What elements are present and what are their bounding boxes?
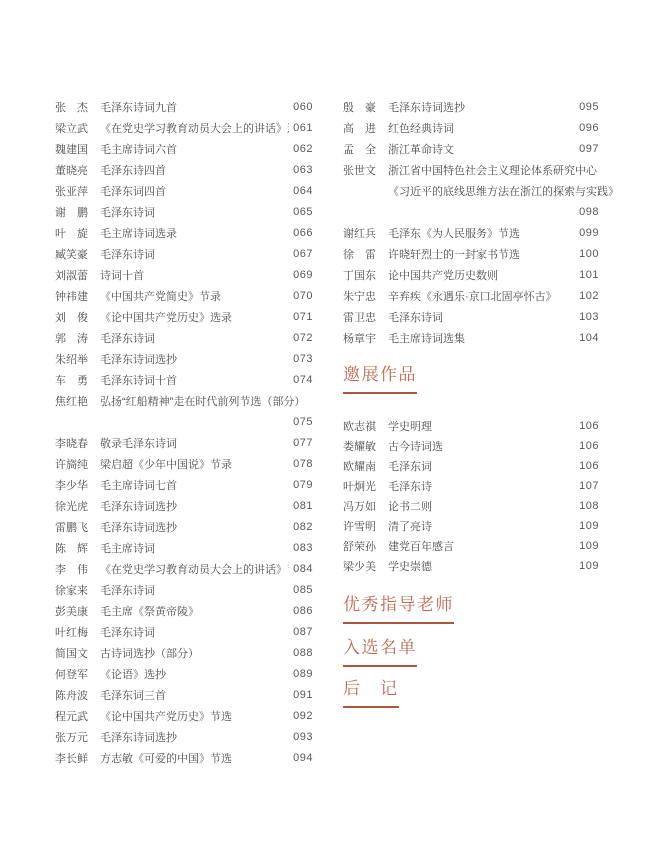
page-number: 102: [579, 290, 599, 302]
toc-row: 陈舟波毛泽东词三首091: [55, 684, 313, 705]
page-number: 065: [293, 206, 313, 218]
toc-left-column: 张 杰毛泽东诗词九首060梁立武《在党史学习教育动员大会上的讲话》选抄061魏建…: [55, 96, 313, 768]
toc-row: 丁国东论中国共产党历史数则101: [343, 264, 599, 285]
page-number: 103: [579, 311, 599, 323]
work-title: 毛泽东诗四首: [100, 162, 289, 178]
page-number: 101: [579, 269, 599, 281]
page-number: 069: [293, 269, 313, 281]
work-title: 《在党史学习教育动员大会上的讲话》节录: [100, 561, 289, 577]
work-title: 毛泽东诗词选抄: [100, 729, 289, 745]
work-title: 毛泽东《为人民服务》节选: [388, 225, 575, 241]
toc-row: 叶 旋毛主席诗词选录066: [55, 222, 313, 243]
author-name: 陈 辉: [55, 540, 88, 556]
work-title: 毛泽东诗词选抄: [100, 498, 289, 514]
page-number: 096: [579, 122, 599, 134]
page-number: 085: [293, 584, 313, 596]
page-number: 064: [293, 185, 313, 197]
page-number: 083: [293, 542, 313, 554]
page-number: 094: [293, 752, 313, 764]
toc-row: 张世文浙江省中国特色社会主义理论体系研究中心: [343, 159, 599, 180]
postscript-section-title: 后 记: [343, 678, 399, 708]
page-number: 074: [293, 374, 313, 386]
toc-row: 杨章宇毛主席诗词选集104: [343, 327, 599, 348]
page-number: 088: [293, 647, 313, 659]
page-number: 067: [293, 248, 313, 260]
toc-row: 程元武《论中国共产党历史》节选092: [55, 705, 313, 726]
author-name: 梁立武: [55, 120, 88, 136]
page-number: 084: [293, 563, 313, 575]
work-title: 毛泽东词: [388, 458, 575, 474]
selected-list-section-title: 入选名单: [343, 637, 417, 667]
toc-row: 许雪明清了亮诗109: [343, 516, 599, 536]
toc-row: 孟 全浙江革命诗文097: [343, 138, 599, 159]
page-number: 077: [293, 437, 313, 449]
toc-row: 陈 辉毛主席诗词083: [55, 537, 313, 558]
author-name: 张 杰: [55, 99, 88, 115]
work-title: 论中国共产党历史数则: [388, 267, 575, 283]
page-number: 071: [293, 311, 313, 323]
work-title: 红色经典诗词: [388, 120, 575, 136]
toc-row: 朱宁忠辛弃疾《永遇乐·京口北固亭怀古》102: [343, 285, 599, 306]
author-name: 何登军: [55, 666, 88, 682]
author-name: 欧耀南: [343, 458, 376, 474]
page-number: 078: [293, 458, 313, 470]
toc-row: 欧志祺学史明理106: [343, 416, 599, 436]
work-title: 弘扬“红船精神”走在时代前列节选（部分）: [100, 393, 313, 409]
author-name: 许雪明: [343, 518, 376, 534]
work-title: 敬录毛泽东诗词: [100, 435, 289, 451]
toc-row: 徐光虎毛泽东诗词选抄081: [55, 495, 313, 516]
author-name: 董晓亮: [55, 162, 88, 178]
work-title: 毛泽东诗词选抄: [100, 351, 289, 367]
work-title: 浙江革命诗文: [388, 141, 575, 157]
toc-row: 张亚萍毛泽东词四首064: [55, 180, 313, 201]
page-number: 106: [579, 420, 599, 432]
page-number: 108: [579, 500, 599, 512]
toc-row: 徐家来毛泽东诗词085: [55, 579, 313, 600]
author-name: 李长鲜: [55, 750, 88, 766]
work-title: 毛泽东诗词九首: [100, 99, 289, 115]
author-name: 程元武: [55, 708, 88, 724]
invited-works-section: 邀展作品: [343, 364, 599, 394]
toc-row: 殷 豪毛泽东诗词选抄095: [343, 96, 599, 117]
page-number: 079: [293, 479, 313, 491]
work-title: 毛泽东诗词: [100, 582, 289, 598]
page-number: 109: [579, 560, 599, 572]
toc-row: 魏建国毛主席诗词六首062: [55, 138, 313, 159]
page-number: 075: [293, 416, 313, 428]
author-name: 刘淑蕾: [55, 267, 88, 283]
toc-row: 张万元毛泽东诗词选抄093: [55, 726, 313, 747]
work-title: 毛泽东诗词: [100, 204, 289, 220]
toc-row: 彭美康毛主席《祭黄帝陵》086: [55, 600, 313, 621]
author-name: 雷鹏飞: [55, 519, 88, 535]
toc-row: 焦红艳弘扬“红船精神”走在时代前列节选（部分）: [55, 390, 313, 411]
author-name: 简国文: [55, 645, 88, 661]
author-name: 焦红艳: [55, 393, 88, 409]
work-title-continued: 《习近平的底线思维方法在浙江的探索与实践》: [388, 183, 619, 199]
toc-row: 许旖纯梁启超《少年中国说》节录078: [55, 453, 313, 474]
author-name: 谢 鹏: [55, 204, 88, 220]
toc-row: 车 勇毛泽东诗词十首074: [55, 369, 313, 390]
work-title: 学史明理: [388, 418, 575, 434]
author-name: 刘 俊: [55, 309, 88, 325]
author-name: 彭美康: [55, 603, 88, 619]
work-title: 毛泽东诗词选抄: [100, 519, 289, 535]
page-number: 081: [293, 500, 313, 512]
work-title: 古今诗词选: [388, 438, 575, 454]
page-number: 100: [579, 248, 599, 260]
author-name: 殷 豪: [343, 99, 376, 115]
work-title: 毛主席《祭黄帝陵》: [100, 603, 289, 619]
toc-invited-list: 欧志祺学史明理106娄耀敏古今诗词选106欧耀南毛泽东词106叶炯光毛泽东诗10…: [343, 416, 599, 576]
work-title: 方志敏《可爱的中国》节选: [100, 750, 289, 766]
toc-row: 《习近平的底线思维方法在浙江的探索与实践》: [343, 180, 599, 201]
page-number: 087: [293, 626, 313, 638]
page-number: 061: [293, 122, 313, 134]
toc-row: 李少华毛主席诗词七首079: [55, 474, 313, 495]
work-title: 梁启超《少年中国说》节录: [100, 456, 289, 472]
author-name: 雷卫忠: [343, 309, 376, 325]
selected-list-section: 入选名单: [343, 637, 599, 667]
toc-row: 董晓亮毛泽东诗四首063: [55, 159, 313, 180]
work-title: 毛泽东诗词: [100, 330, 289, 346]
work-title: 学史崇德: [388, 558, 575, 574]
toc-row: 徐 雷许晓轩烈士的一封家书节选100: [343, 243, 599, 264]
author-name: 叶炯光: [343, 478, 376, 494]
postscript-section: 后 记: [343, 678, 599, 708]
page-number: 106: [579, 460, 599, 472]
author-name: 叶红梅: [55, 624, 88, 640]
author-name: 徐光虎: [55, 498, 88, 514]
toc-row: 娄耀敏古今诗词选106: [343, 436, 599, 456]
work-title: 毛主席诗词七首: [100, 477, 289, 493]
work-title: 毛泽东诗词: [100, 246, 289, 262]
toc-row: 张 杰毛泽东诗词九首060: [55, 96, 313, 117]
toc-right-main-list: 殷 豪毛泽东诗词选抄095高 进红色经典诗词096孟 全浙江革命诗文097张世文…: [343, 96, 599, 348]
outstanding-teachers-section-title: 优秀指导老师: [343, 594, 454, 624]
author-name: 李 伟: [55, 561, 88, 577]
author-name: 徐家来: [55, 582, 88, 598]
page-number: 093: [293, 731, 313, 743]
page-number: 091: [293, 689, 313, 701]
page-number: 086: [293, 605, 313, 617]
toc-row: 雷鹏飞毛泽东诗词选抄082: [55, 516, 313, 537]
author-name: 臧笑豪: [55, 246, 88, 262]
work-title: 《论中国共产党历史》选录: [100, 309, 289, 325]
work-title: 毛泽东诗词: [100, 624, 289, 640]
page-number: 097: [579, 143, 599, 155]
author-name: 许旖纯: [55, 456, 88, 472]
toc-row: 刘 俊《论中国共产党历史》选录071: [55, 306, 313, 327]
author-name: 张世文: [343, 162, 376, 178]
author-name: 丁国东: [343, 267, 376, 283]
toc-right-column: 殷 豪毛泽东诗词选抄095高 进红色经典诗词096孟 全浙江革命诗文097张世文…: [343, 96, 599, 708]
work-title: 毛泽东词四首: [100, 183, 289, 199]
author-name: 谢红兵: [343, 225, 376, 241]
toc-row: 郭 涛毛泽东诗词072: [55, 327, 313, 348]
page-number: 107: [579, 480, 599, 492]
page-number: 109: [579, 540, 599, 552]
toc-row: 雷卫忠毛泽东诗词103: [343, 306, 599, 327]
work-title: 毛主席诗词选录: [100, 225, 289, 241]
toc-row: 臧笑豪毛泽东诗词067: [55, 243, 313, 264]
toc-row: 何登军《论语》选抄089: [55, 663, 313, 684]
work-title: 毛泽东诗: [388, 478, 575, 494]
toc-row: 李晓春敬录毛泽东诗词077: [55, 432, 313, 453]
toc-row: 谢红兵毛泽东《为人民服务》节选099: [343, 222, 599, 243]
work-title: 诗词十首: [100, 267, 289, 283]
work-title: 清了亮诗: [388, 518, 575, 534]
page-number: 082: [293, 521, 313, 533]
page-number: 063: [293, 164, 313, 176]
toc-row: 简国文古诗词选抄（部分）088: [55, 642, 313, 663]
work-title: 《在党史学习教育动员大会上的讲话》选抄: [100, 120, 289, 136]
toc-row: 钟祎建《中国共产党简史》节录070: [55, 285, 313, 306]
author-name: 梁少美: [343, 558, 376, 574]
author-name: 陈舟波: [55, 687, 88, 703]
author-name: 朱绍举: [55, 351, 88, 367]
work-title: 《论中国共产党历史》节选: [100, 708, 289, 724]
toc-row: 冯万如论书二则108: [343, 496, 599, 516]
page-number: 099: [579, 227, 599, 239]
toc-row: 李长鲜方志敏《可爱的中国》节选094: [55, 747, 313, 768]
work-title: 浙江省中国特色社会主义理论体系研究中心: [388, 162, 599, 178]
author-name: 杨章宇: [343, 330, 376, 346]
author-name: 李晓春: [55, 435, 88, 451]
page-number: 104: [579, 332, 599, 344]
author-name: 李少华: [55, 477, 88, 493]
page-number: 106: [579, 440, 599, 452]
page-number: 066: [293, 227, 313, 239]
page-number: 060: [293, 101, 313, 113]
work-title: 辛弃疾《永遇乐·京口北固亭怀古》: [388, 288, 575, 304]
page-number: 095: [579, 101, 599, 113]
page-number: 070: [293, 290, 313, 302]
author-name: 徐 雷: [343, 246, 376, 262]
author-name: 郭 涛: [55, 330, 88, 346]
toc-row: 叶红梅毛泽东诗词087: [55, 621, 313, 642]
toc-row: 梁立武《在党史学习教育动员大会上的讲话》选抄061: [55, 117, 313, 138]
work-title: 毛主席诗词选集: [388, 330, 575, 346]
author-name: 钟祎建: [55, 288, 88, 304]
work-title: 毛泽东诗词选抄: [388, 99, 575, 115]
author-name: 朱宁忠: [343, 288, 376, 304]
toc-row: 梁少美学史崇德109: [343, 556, 599, 576]
invited-works-section-title: 邀展作品: [343, 364, 417, 394]
work-title: 毛主席诗词: [100, 540, 289, 556]
toc-row: 075: [55, 411, 313, 432]
author-name: 叶 旋: [55, 225, 88, 241]
author-name: 冯万如: [343, 498, 376, 514]
work-title: 建党百年感言: [388, 538, 575, 554]
author-name: 娄耀敏: [343, 438, 376, 454]
toc-row: 谢 鹏毛泽东诗词065: [55, 201, 313, 222]
author-name: 舒荣孙: [343, 538, 376, 554]
toc-row: 朱绍举毛泽东诗词选抄073: [55, 348, 313, 369]
work-title: 古诗词选抄（部分）: [100, 645, 289, 661]
author-name: 魏建国: [55, 141, 88, 157]
toc-row: 舒荣孙建党百年感言109: [343, 536, 599, 556]
work-title: 论书二则: [388, 498, 575, 514]
author-name: 孟 全: [343, 141, 376, 157]
page-number: 098: [579, 206, 599, 218]
toc-page: 张 杰毛泽东诗词九首060梁立武《在党史学习教育动员大会上的讲话》选抄061魏建…: [0, 0, 650, 860]
work-title: 毛泽东词三首: [100, 687, 289, 703]
work-title: 毛泽东诗词: [388, 309, 575, 325]
work-title: 《论语》选抄: [100, 666, 289, 682]
toc-row: 叶炯光毛泽东诗107: [343, 476, 599, 496]
outstanding-teachers-section: 优秀指导老师: [343, 594, 599, 624]
author-name: 张亚萍: [55, 183, 88, 199]
page-number: 072: [293, 332, 313, 344]
work-title: 毛主席诗词六首: [100, 141, 289, 157]
author-name: 张万元: [55, 729, 88, 745]
page-number: 073: [293, 353, 313, 365]
page-number: 092: [293, 710, 313, 722]
page-number: 089: [293, 668, 313, 680]
author-name: 车 勇: [55, 372, 88, 388]
page-number: 062: [293, 143, 313, 155]
toc-row: 李 伟《在党史学习教育动员大会上的讲话》节录084: [55, 558, 313, 579]
work-title: 毛泽东诗词十首: [100, 372, 289, 388]
toc-row: 098: [343, 201, 599, 222]
toc-row: 欧耀南毛泽东词106: [343, 456, 599, 476]
toc-row: 刘淑蕾诗词十首069: [55, 264, 313, 285]
author-name: 高 进: [343, 120, 376, 136]
toc-row: 高 进红色经典诗词096: [343, 117, 599, 138]
work-title: 许晓轩烈士的一封家书节选: [388, 246, 575, 262]
author-name: 欧志祺: [343, 418, 376, 434]
work-title: 《中国共产党简史》节录: [100, 288, 289, 304]
page-number: 109: [579, 520, 599, 532]
